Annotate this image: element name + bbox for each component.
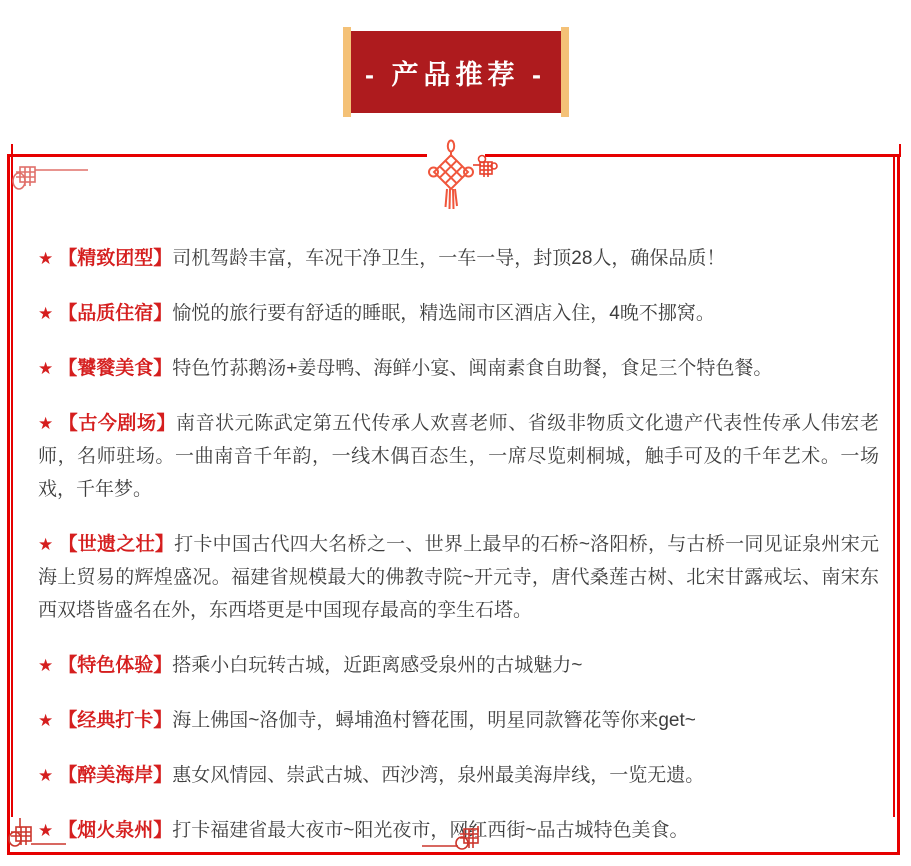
star-icon: ★ (38, 711, 53, 730)
item-label: 【醉美海岸】 (58, 765, 172, 786)
content-frame: ★【精致团型】司机驾龄丰富，车况干净卫生，一车一导，封顶28人，确保品质！ ★【… (7, 154, 900, 855)
promo-page: - 产品推荐 - ★【精致团型】司机驾龄丰富，车况干净卫生，一车一导，封顶28人… (0, 0, 911, 866)
banner-right-bar (561, 27, 569, 117)
list-item: ★【古今剧场】南音状元陈武定第五代传承人欢喜老师、省级非物质文化遗产代表性传承人… (38, 407, 879, 506)
list-item: ★【世遗之壮】打卡中国古代四大名桥之一、世界上最早的石桥~洛阳桥，与古桥一同见证… (38, 528, 879, 627)
corner-knot-icon (420, 824, 494, 852)
item-text: 愉悦的旅行要有舒适的睡眠，精选闹市区酒店入住，4晚不挪窝。 (172, 303, 715, 324)
list-item: ★【特色体验】搭乘小白玩转古城，近距离感受泉州的古城魅力~ (38, 649, 879, 682)
list-item: ★【精致团型】司机驾龄丰富，车况干净卫生，一车一导，封顶28人，确保品质！ (38, 242, 879, 275)
star-icon: ★ (38, 414, 54, 433)
corner-knot-icon (10, 160, 94, 192)
banner-left-bar (343, 27, 351, 117)
list-item: ★【饕餮美食】特色竹荪鹅汤+姜母鸭、海鲜小宴、闽南素食自助餐，食足三个特色餐。 (38, 352, 879, 385)
item-label: 【世遗之壮】 (59, 534, 175, 555)
star-icon: ★ (38, 656, 53, 675)
list-item: ★【品质住宿】愉悦的旅行要有舒适的睡眠，精选闹市区酒店入住，4晚不挪窝。 (38, 297, 879, 330)
star-icon: ★ (38, 304, 53, 323)
list-item: ★【经典打卡】海上佛国~洛伽寺，蟳埔渔村簪花围，明星同款簪花等你来get~ (38, 704, 879, 737)
chinese-knot-icon (428, 139, 498, 215)
star-icon: ★ (38, 766, 53, 785)
item-text: 司机驾龄丰富，车况干净卫生，一车一导，封顶28人，确保品质！ (172, 248, 725, 269)
item-label: 【特色体验】 (58, 655, 172, 676)
list-item: ★【醉美海岸】惠女风情园、崇武古城、西沙湾，泉州最美海岸线，一览无遗。 (38, 759, 879, 792)
banner: - 产品推荐 - (0, 27, 911, 117)
item-text: 海上佛国~洛伽寺，蟳埔渔村簪花围，明星同款簪花等你来get~ (172, 710, 696, 731)
item-label: 【精致团型】 (58, 248, 172, 269)
item-label: 【品质住宿】 (58, 303, 172, 324)
item-text: 搭乘小白玩转古城，近距离感受泉州的古城魅力~ (172, 655, 582, 676)
star-icon: ★ (38, 359, 53, 378)
star-icon: ★ (38, 249, 53, 268)
item-label: 【古今剧场】 (59, 413, 176, 434)
item-label: 【饕餮美食】 (58, 358, 172, 379)
item-text: 特色竹荪鹅汤+姜母鸭、海鲜小宴、闽南素食自助餐，食足三个特色餐。 (172, 358, 772, 379)
corner-knot-icon (6, 818, 90, 850)
item-text: 惠女风情园、崇武古城、西沙湾，泉州最美海岸线，一览无遗。 (172, 765, 704, 786)
star-icon: ★ (38, 535, 54, 554)
item-label: 【经典打卡】 (58, 710, 172, 731)
page-title: - 产品推荐 - (365, 53, 546, 92)
banner-plate: - 产品推荐 - (351, 31, 561, 113)
